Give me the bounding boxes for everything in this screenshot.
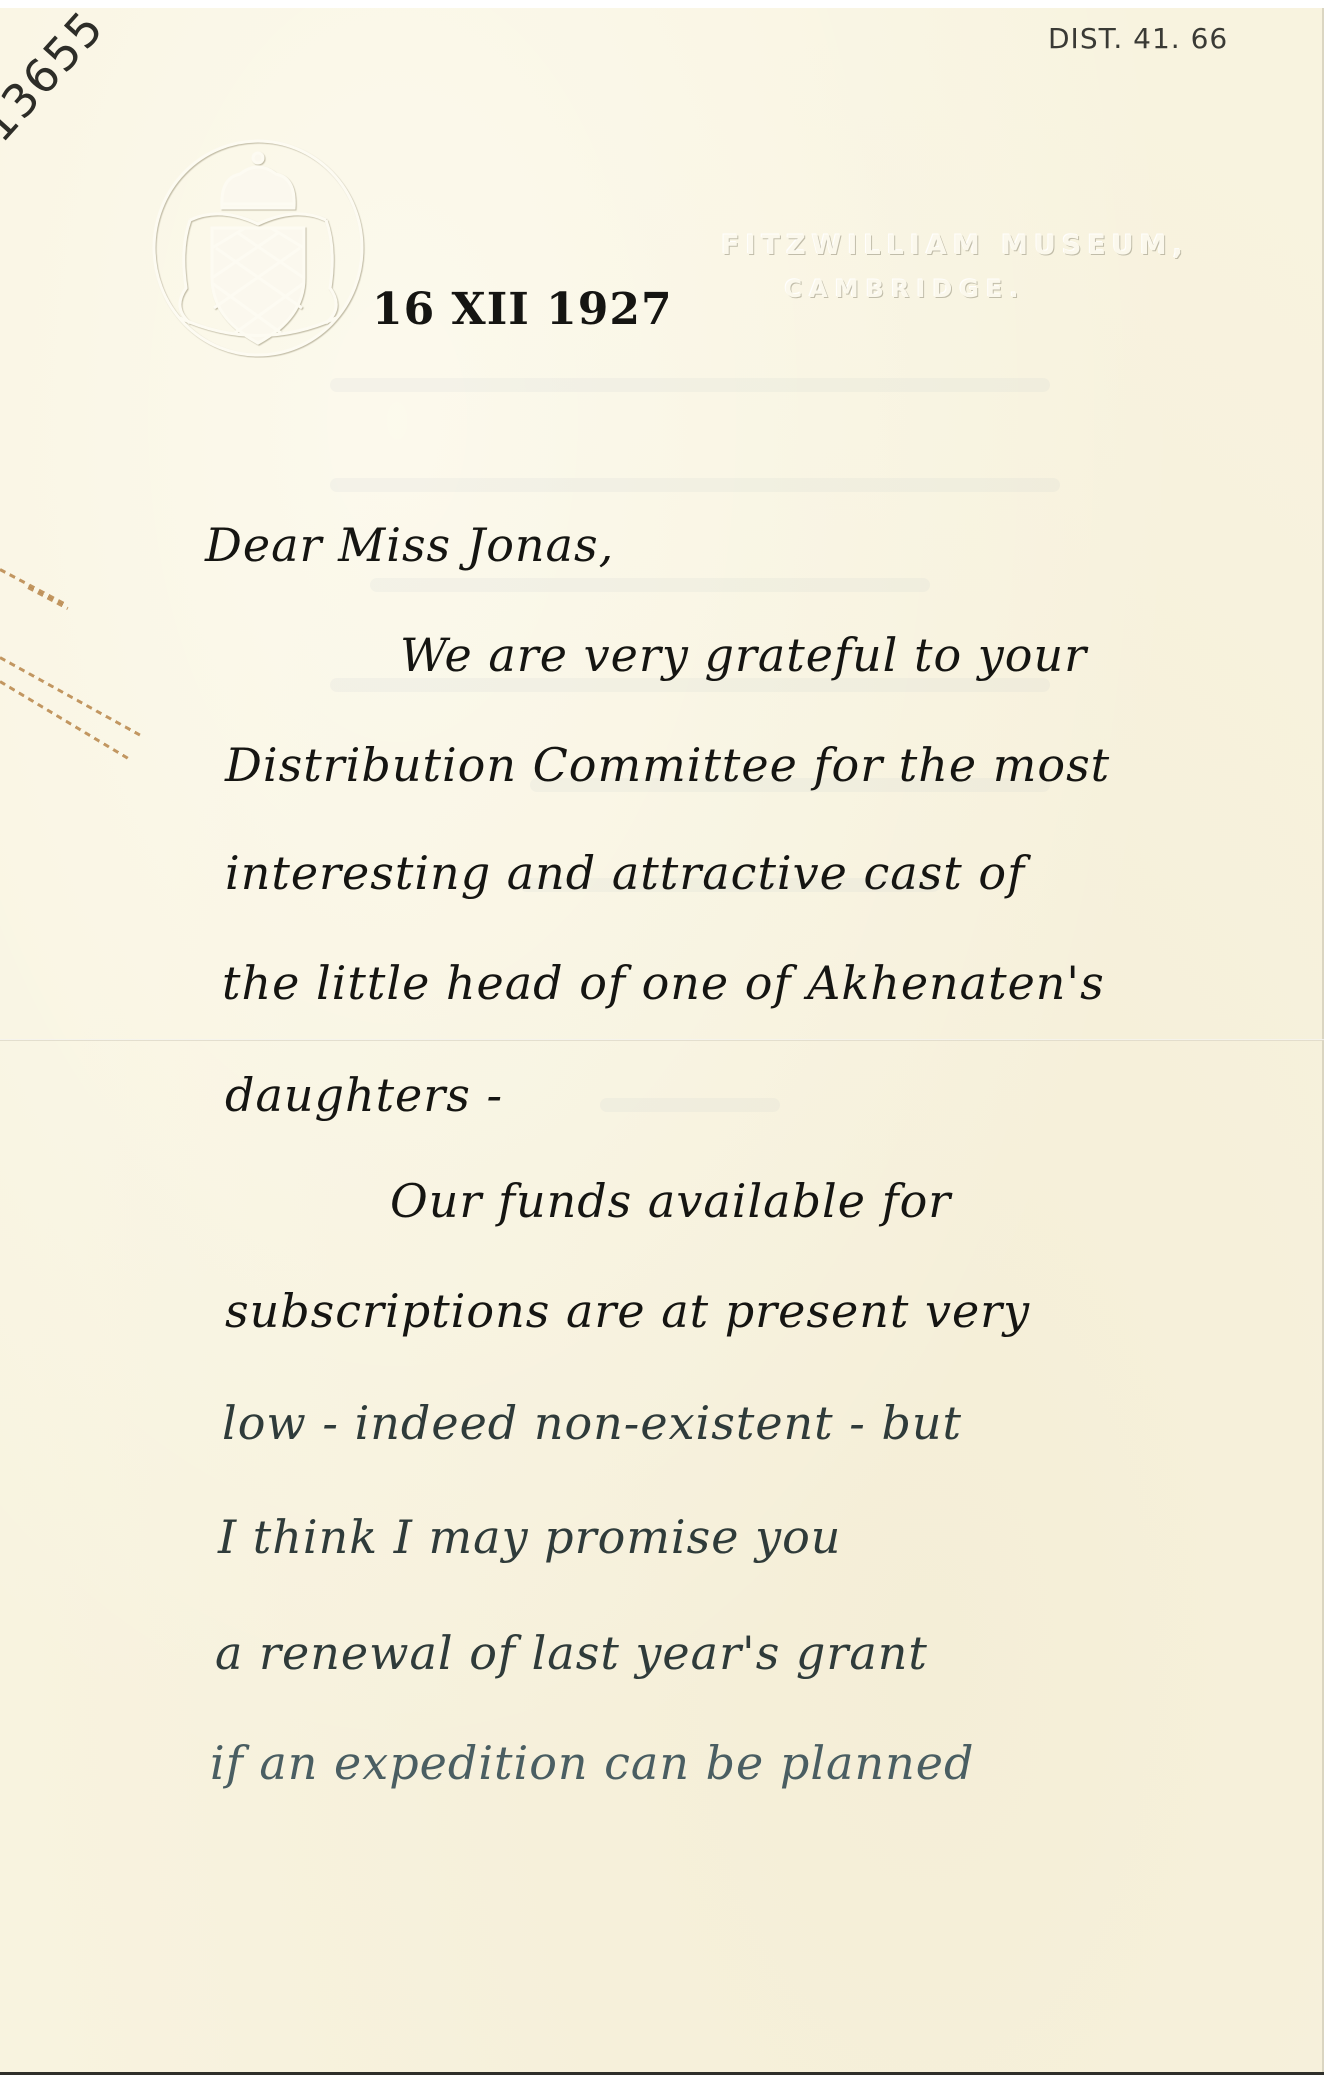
distribution-reference: DIST. 41. 66 [1048, 22, 1228, 55]
letterhead: FITZWILLIAM MUSEUM, CAMBRIDGE. [700, 230, 1220, 303]
letter-line: a renewal of last year's grant [215, 1626, 928, 1680]
show-through-line [330, 378, 1050, 392]
salutation: Dear Miss Jonas, [205, 518, 614, 572]
letter-line: We are very grateful to your [400, 628, 1087, 682]
archive-number: 13655 [0, 0, 115, 152]
letter-line: low - indeed non-existent - but [222, 1396, 962, 1450]
letter-line: subscriptions are at present very [225, 1284, 1030, 1338]
paper-fold-line [0, 1039, 1324, 1041]
letter-line: if an expedition can be planned [210, 1736, 974, 1790]
letter-line: daughters - [225, 1068, 503, 1122]
embossed-crest-icon [150, 138, 366, 358]
letter-line: Distribution Committee for the most [225, 738, 1110, 792]
letter-line: I think I may promise you [218, 1510, 841, 1564]
rust-stain [27, 586, 68, 610]
show-through-line [370, 578, 930, 592]
letter-line: the little head of one of Akhenaten's [222, 956, 1105, 1010]
letterhead-city: CAMBRIDGE. [590, 275, 1220, 303]
letter-line: Our funds available for [390, 1174, 951, 1228]
letter-line: interesting and attractive cast of [225, 846, 1025, 900]
show-through-line [330, 478, 1060, 492]
show-through-line [600, 1098, 780, 1112]
letter-page: 13655 DIST. 41. 66 [0, 8, 1324, 2075]
letterhead-institution: FITZWILLIAM MUSEUM, [690, 230, 1220, 261]
letter-date: 16 XII 1927 [372, 284, 673, 335]
